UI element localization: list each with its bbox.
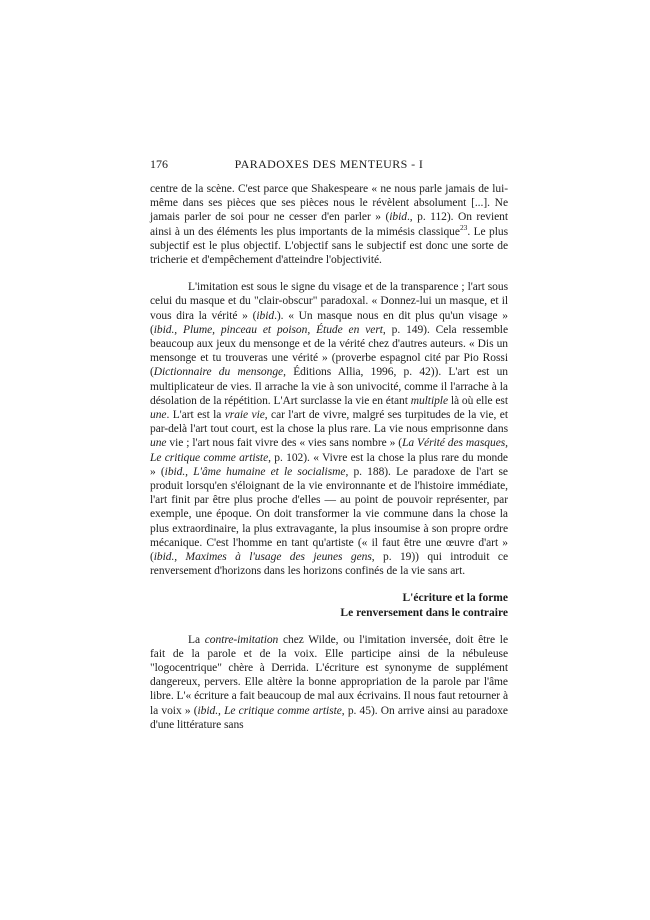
book-page: 176 PARADOXES DES MENTEURS - I centre de… (0, 0, 650, 920)
section-heading: L'écriture et la formeLe renversement da… (150, 591, 508, 620)
section-heading-line: Le renversement dans le contraire (150, 606, 508, 621)
page-body: centre de la scène. C'est parce que Shak… (150, 182, 508, 732)
page-number: 176 (150, 157, 168, 172)
page-header: 176 PARADOXES DES MENTEURS - I (150, 157, 508, 172)
section-heading-line: L'écriture et la forme (150, 591, 508, 606)
paragraph: L'imitation est sous le signe du visage … (150, 280, 508, 578)
page-content: 176 PARADOXES DES MENTEURS - I centre de… (150, 157, 508, 732)
paragraph: La contre-imitation chez Wilde, ou l'imi… (150, 633, 508, 732)
running-title: PARADOXES DES MENTEURS - I (150, 157, 508, 172)
paragraph: centre de la scène. C'est parce que Shak… (150, 182, 508, 267)
